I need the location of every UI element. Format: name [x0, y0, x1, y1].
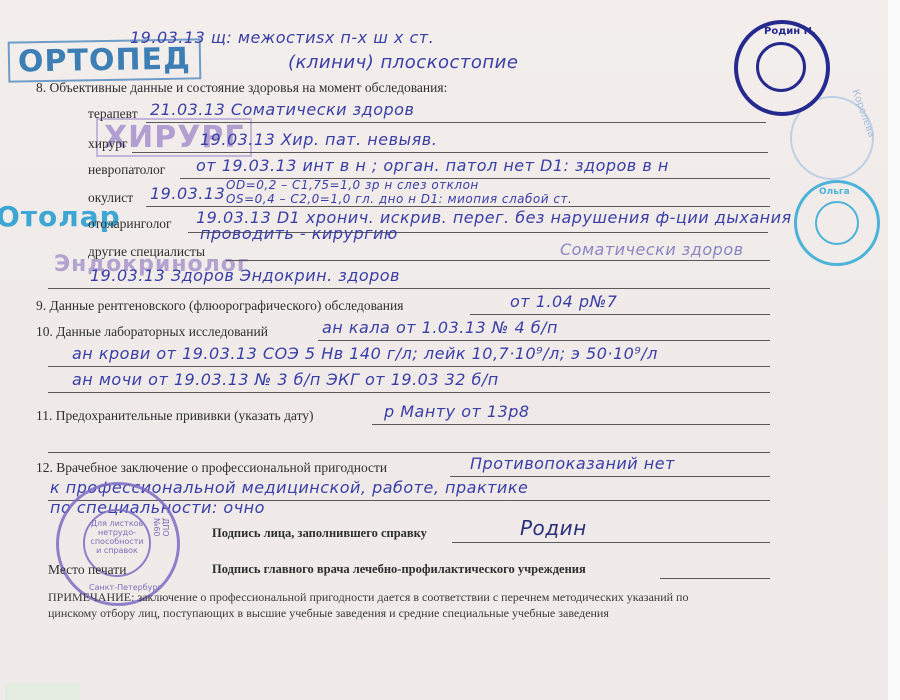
- header-handwriting-line2: (клинич) плоскостопие: [288, 52, 518, 73]
- section11-field-line2: [48, 452, 770, 453]
- note-line2: цинскому отбору лиц, поступающих в высши…: [48, 606, 609, 621]
- therapist-field-line: [146, 122, 766, 123]
- section11-label: 11. Предохранительные прививки (указать …: [36, 408, 314, 424]
- navy-round-stamp: Родин Н.: [734, 20, 830, 116]
- clinic-round-stamp: Для листков нетрудо-способности и справо…: [56, 482, 180, 606]
- section10-label: 10. Данные лабораторных исследований: [36, 324, 268, 340]
- scan-right-edge: [888, 0, 900, 700]
- vaccination-value: р Манту от 13р8: [384, 402, 530, 421]
- filler-signature-line: [452, 542, 770, 543]
- scan-corner-artifact: [5, 683, 80, 700]
- oculist-field-line: [146, 206, 770, 207]
- chief-signature-line: [660, 578, 770, 579]
- label-oculist: окулист: [88, 190, 133, 206]
- surgeon-field-line: [132, 152, 768, 153]
- label-therapist: терапевт: [88, 106, 138, 122]
- lab-stool-result: ан кала от 1.03.13 № 4 б/п: [322, 318, 558, 337]
- medical-certificate-page: ОРТОПЕД ХИРУРГ Отолар Эндокринолог Корол…: [0, 0, 888, 700]
- section10-field-line1: [318, 340, 770, 341]
- clinic-stamp-number: ДПО №60: [152, 518, 170, 550]
- label-surgeon: хирург: [88, 136, 128, 152]
- other-specialists-value: Соматически здоров: [560, 240, 744, 259]
- stamp-place-label: Место печати: [48, 562, 126, 578]
- lab-urine-ecg-result: ан мочи от 19.03.13 № 3 б/п ЭКГ от 19.03…: [72, 370, 499, 389]
- other-specialists-field-line: [226, 260, 770, 261]
- neurologist-value: от 19.03.13 инт в н ; орган. патол нет D…: [196, 156, 669, 175]
- surgeon-value: 19.03.13 Хир. пат. невыяв.: [200, 130, 437, 149]
- conclusion-line1: Противопоказаний нет: [470, 454, 675, 473]
- section10-field-line3: [48, 392, 770, 393]
- light-stamp-text: Королева: [849, 88, 877, 139]
- cyan-round-stamp: Ольга: [794, 180, 880, 266]
- oculist-date: 19.03.13: [150, 184, 225, 203]
- filler-signature-label: Подпись лица, заполнившего справку: [212, 526, 427, 541]
- other-specialists-value2: 19.03.13 Здоров Эндокрин. здоров: [90, 266, 400, 285]
- section9-value: от 1.04 р№7: [510, 292, 617, 311]
- therapist-value: 21.03.13 Соматически здоров: [150, 100, 414, 119]
- header-handwriting-line1: 19.03.13 щ: межостиsх п-х ш х ст.: [130, 28, 434, 47]
- section12-field-line1: [450, 476, 770, 477]
- clinic-stamp-center-text: Для листков нетрудо-способности и справо…: [87, 519, 147, 555]
- section12-label: 12. Врачебное заключение о профессиональ…: [36, 460, 387, 476]
- oculist-od-line: OD=0,2 – C1,75=1,0 зр н слез отклон: [226, 178, 479, 192]
- label-neurologist: невропатолог: [88, 162, 165, 178]
- section9-field-line: [470, 314, 770, 315]
- lab-blood-result: ан крови от 19.03.13 СОЭ 5 Нв 140 г/л; л…: [72, 344, 658, 363]
- other-specialists-line2: [48, 288, 770, 289]
- navy-stamp-text: Родин Н.: [764, 26, 816, 37]
- oculist-os-line: OS=0,4 – C2,0=1,0 гл. дно н D1: миопия с…: [226, 192, 572, 206]
- section8-title: 8. Объективные данные и состояние здоров…: [36, 80, 447, 96]
- section10-field-line2: [48, 366, 770, 367]
- chief-signature-label: Подпись главного врача лечебно-профилакт…: [212, 562, 586, 577]
- cyan-stamp-text: Ольга: [819, 187, 850, 197]
- navy-stamp-inner-ring: [756, 42, 806, 92]
- section11-field-line: [372, 424, 770, 425]
- filler-signature: Родин: [520, 516, 587, 540]
- section9-label: 9. Данные рентгеновского (флюорографичес…: [36, 298, 403, 314]
- note-line1: ПРИМЕЧАНИЕ: заключение о профессионально…: [48, 590, 688, 605]
- label-other-specialists: другие специалисты: [88, 244, 205, 260]
- cyan-stamp-inner-ring: [815, 201, 859, 245]
- otolaryngologist-extra: проводить - кирургию: [200, 224, 398, 243]
- label-otolaryngologist: отоларинголог: [88, 216, 172, 232]
